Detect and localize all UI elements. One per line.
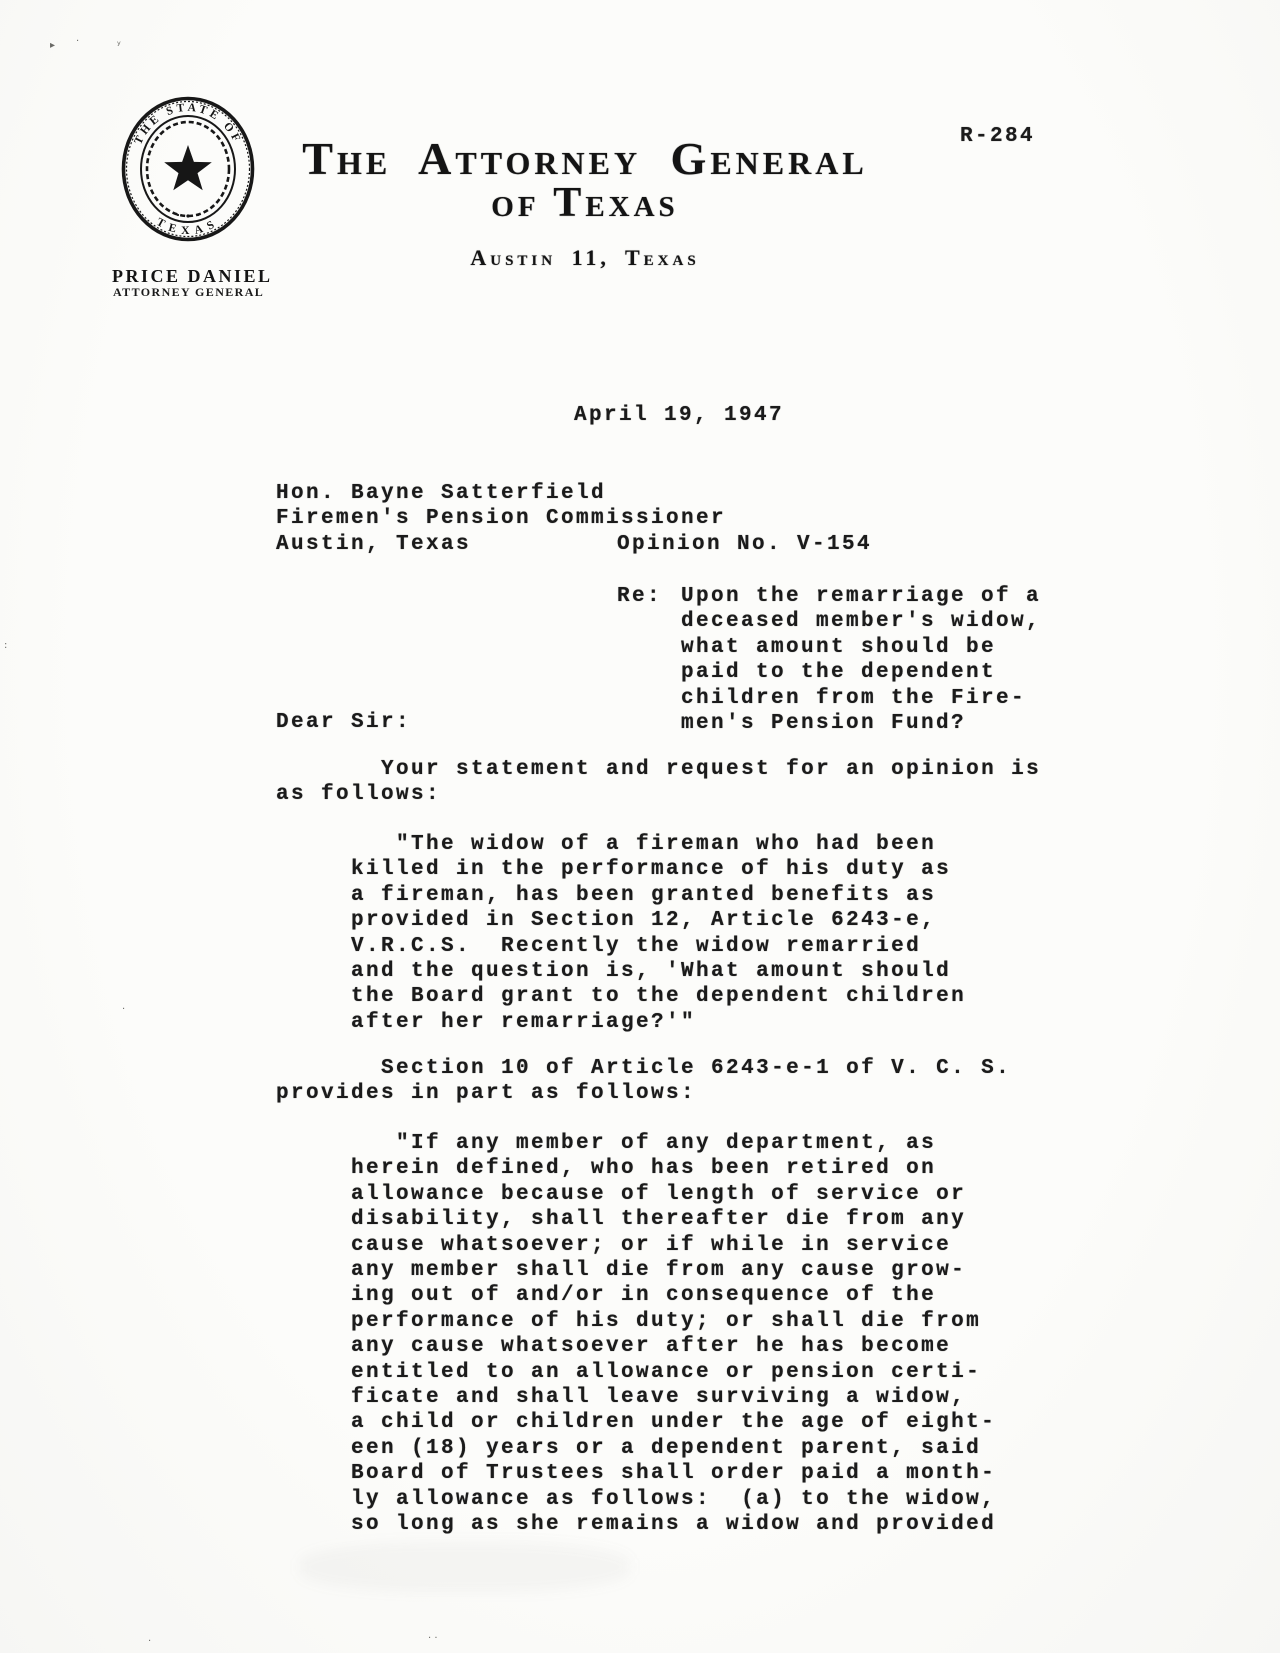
- official-title: ATTORNEY GENERAL: [113, 285, 264, 300]
- text-line: cause whatsoever; or if while in service: [276, 1233, 996, 1258]
- text-line: what amount should be: [681, 635, 1041, 660]
- scan-speck: :: [4, 640, 7, 651]
- text-line: entitled to an allowance or pension cert…: [276, 1360, 996, 1385]
- letterhead-title-line2: of Texas: [0, 179, 1170, 227]
- re-label: Re:: [617, 584, 662, 609]
- text-line: as follows:: [276, 782, 1041, 807]
- text-line: a child or children under the age of eig…: [276, 1410, 996, 1435]
- salutation: Dear Sir:: [276, 710, 411, 735]
- text-line: disability, shall thereafter die from an…: [276, 1207, 996, 1232]
- scan-speck: ·: [76, 36, 79, 47]
- text-line: so long as she remains a widow and provi…: [276, 1512, 996, 1537]
- reference-number: R-284: [960, 124, 1035, 149]
- re-subject-block: Upon the remarriage of adeceased member'…: [681, 584, 1041, 736]
- scan-speck: ·: [148, 1636, 151, 1647]
- paragraph-2: Section 10 of Article 6243-e-1 of V. C. …: [276, 1056, 1011, 1107]
- text-line: Upon the remarriage of a: [681, 584, 1041, 609]
- text-line: a fireman, has been granted benefits as: [276, 883, 966, 908]
- text-line: provided in Section 12, Article 6243-e,: [276, 908, 966, 933]
- text-line: Hon. Bayne Satterfield: [276, 481, 726, 506]
- text-line: Section 10 of Article 6243-e-1 of V. C. …: [276, 1056, 1011, 1081]
- text-line: after her remarriage?'": [276, 1010, 966, 1035]
- text-line: children from the Fire-: [681, 686, 1041, 711]
- text-line: "The widow of a fireman who had been: [276, 832, 966, 857]
- text-line: the Board grant to the dependent childre…: [276, 984, 966, 1009]
- text-line: any member shall die from any cause grow…: [276, 1258, 996, 1283]
- official-name: PRICE DANIEL: [112, 266, 273, 287]
- text-line: V.R.C.S. Recently the widow remarried: [276, 934, 966, 959]
- text-line: provides in part as follows:: [276, 1081, 1011, 1106]
- text-line: "If any member of any department, as: [276, 1131, 996, 1156]
- scan-speck: ▸: [50, 40, 55, 51]
- text-line: Firemen's Pension Commissioner: [276, 506, 726, 531]
- letter-date: April 19, 1947: [574, 403, 784, 428]
- text-line: killed in the performance of his duty as: [276, 857, 966, 882]
- scan-speck: ʸ: [117, 40, 121, 51]
- quoted-statement-block: "The widow of a fireman who had been kil…: [276, 832, 966, 1035]
- text-line: ing out of and/or in consequence of the: [276, 1283, 996, 1308]
- text-line: Your statement and request for an opinio…: [276, 757, 1041, 782]
- scan-speck: ·: [122, 1004, 125, 1015]
- text-line: herein defined, who has been retired on: [276, 1156, 996, 1181]
- text-line: and the question is, 'What amount should: [276, 959, 966, 984]
- scanned-letter-document: { "reference": "R-284", "letterhead": { …: [0, 0, 1280, 1653]
- text-line: een (18) years or a dependent parent, sa…: [276, 1436, 996, 1461]
- text-line: Board of Trustees shall order paid a mon…: [276, 1461, 996, 1486]
- text-line: ficate and shall leave surviving a widow…: [276, 1385, 996, 1410]
- text-line: performance of his duty; or shall die fr…: [276, 1309, 996, 1334]
- paragraph-1: Your statement and request for an opinio…: [276, 757, 1041, 808]
- quoted-statute-block: "If any member of any department, as her…: [276, 1131, 996, 1538]
- text-line: allowance because of length of service o…: [276, 1182, 996, 1207]
- scan-speck: · ·: [428, 1633, 438, 1644]
- text-line: men's Pension Fund?: [681, 711, 1041, 736]
- opinion-number: Opinion No. V-154: [617, 532, 872, 557]
- text-line: deceased member's widow,: [681, 609, 1041, 634]
- text-line: paid to the dependent: [681, 660, 1041, 685]
- scan-smudge: [300, 1542, 630, 1592]
- text-line: any cause whatsoever after he has become: [276, 1334, 996, 1359]
- text-line: ly allowance as follows: (a) to the wido…: [276, 1487, 996, 1512]
